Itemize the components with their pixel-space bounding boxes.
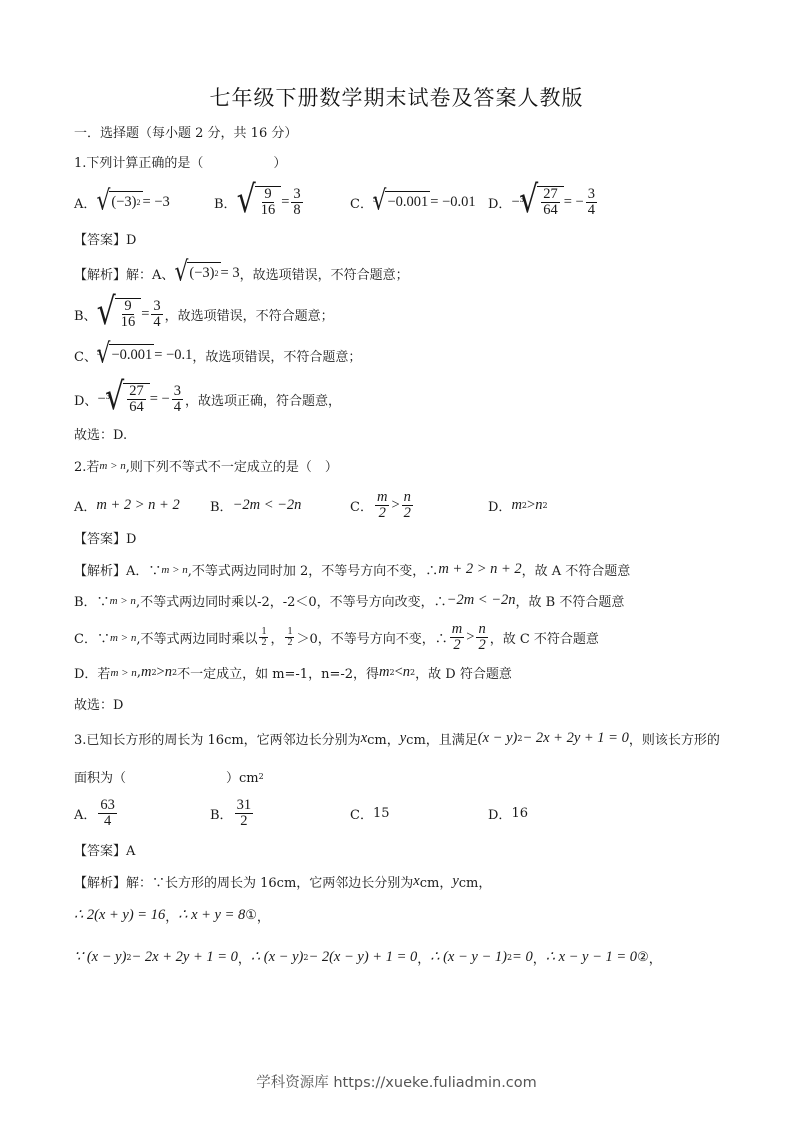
question-2-stem: 2.若 m > n ,则下列不等式不一定成立的是（ ） (74, 456, 338, 475)
sqrt-expression: √916 (237, 186, 282, 218)
question-2-analysis-c: C．∵m > n,不等式两边同时乘以 12 ， 12 ＞0，不等号方向不变，∴ … (74, 622, 599, 653)
option-a: A．634 (74, 798, 210, 829)
question-2-conclusion: 故选：D (74, 694, 123, 713)
question-3-step-1: ∴ 2(x + y) = 16， ∴ x + y = 8①， (74, 906, 270, 925)
sqrt-expression: √(−3)2 (96, 191, 142, 213)
question-1-analysis-c: C、 3 √−0.001 = −0.1 ，故选项错误，不符合题意； (74, 344, 361, 366)
option-a: A． √(−3)2 = −3 (74, 191, 214, 213)
option-d: D．16 (488, 804, 528, 823)
option-d: D． − 3 √2764 = − 34 (488, 186, 599, 218)
document-page: 七年级下册数学期末试卷及答案人教版 一．选择题（每小题 2 分，共 16 分） … (0, 0, 793, 1122)
question-3-answer: 【答案】A (74, 840, 135, 859)
question-3-step-2: ∵ (x − y)2 − 2x + 2y + 1 = 0， ∴ (x − y)2… (74, 948, 662, 967)
option-c: C． 3 √−0.001 = −0.01 (350, 191, 488, 213)
question-3-stem: 3.已知长方形的周长为 16cm，它两邻边长分别为 xcm， ycm，且满足 (… (74, 729, 720, 748)
question-3-options: A．634 B．312 C．15 D．16 (74, 798, 528, 829)
question-1-analysis-b: B、 √916 = 34 ，故选项错误，不符合题意； (74, 298, 334, 330)
option-a: A．m + 2 > n + 2 (74, 496, 210, 515)
option-d: D． m2 > n2 (488, 496, 548, 515)
question-1-options: A． √(−3)2 = −3 B． √916 = 38 C． 3 √−0.001… (74, 186, 599, 218)
question-2-analysis-b: B．∵m > n,不等式两边同时乘以-2，-2＜0，不等号方向改变，∴−2m <… (74, 591, 624, 610)
question-2-analysis-a: 【解析】A．∵m > n,不等式两边同时加 2，不等号方向不变，∴m + 2 >… (74, 560, 630, 579)
question-1-analysis-a: 【解析】解：A、 √(−3)2 = 3 ，故选项错误，不符合题意； (74, 262, 409, 284)
question-1-conclusion: 故选：D. (74, 424, 127, 443)
question-1-analysis-d: D、 − 3 √2764 = − 34 ，故选项正确，符合题意， (74, 383, 341, 415)
option-b: B．−2m < −2n (210, 496, 350, 515)
page-title: 七年级下册数学期末试卷及答案人教版 (0, 82, 793, 112)
option-c: C．15 (350, 804, 488, 823)
question-3-analysis-1: 【解析】解：∵长方形的周长为 16cm，它两邻边长分别为 xcm， ycm， (74, 872, 491, 891)
option-b: B．312 (210, 798, 350, 829)
question-1-answer: 【答案】D (74, 229, 136, 248)
question-1-stem: 1.下列计算正确的是（） (74, 152, 286, 171)
section-heading: 一．选择题（每小题 2 分，共 16 分） (74, 122, 297, 141)
footer-watermark: 学科资源库 https://xueke.fuliadmin.com (0, 1071, 793, 1092)
question-2-analysis-d: D．若m > n, m2 > n2 不一定成立，如 m=-1，n=-2，得 m2… (74, 663, 512, 682)
question-2-options: A．m + 2 > n + 2 B．−2m < −2n C． m2 > n2 D… (74, 490, 548, 521)
question-2-answer: 【答案】D (74, 528, 136, 547)
option-b: B． √916 = 38 (214, 186, 350, 218)
option-c: C． m2 > n2 (350, 490, 488, 521)
question-3-stem-line-2: 面积为（）cm2 (74, 767, 264, 786)
